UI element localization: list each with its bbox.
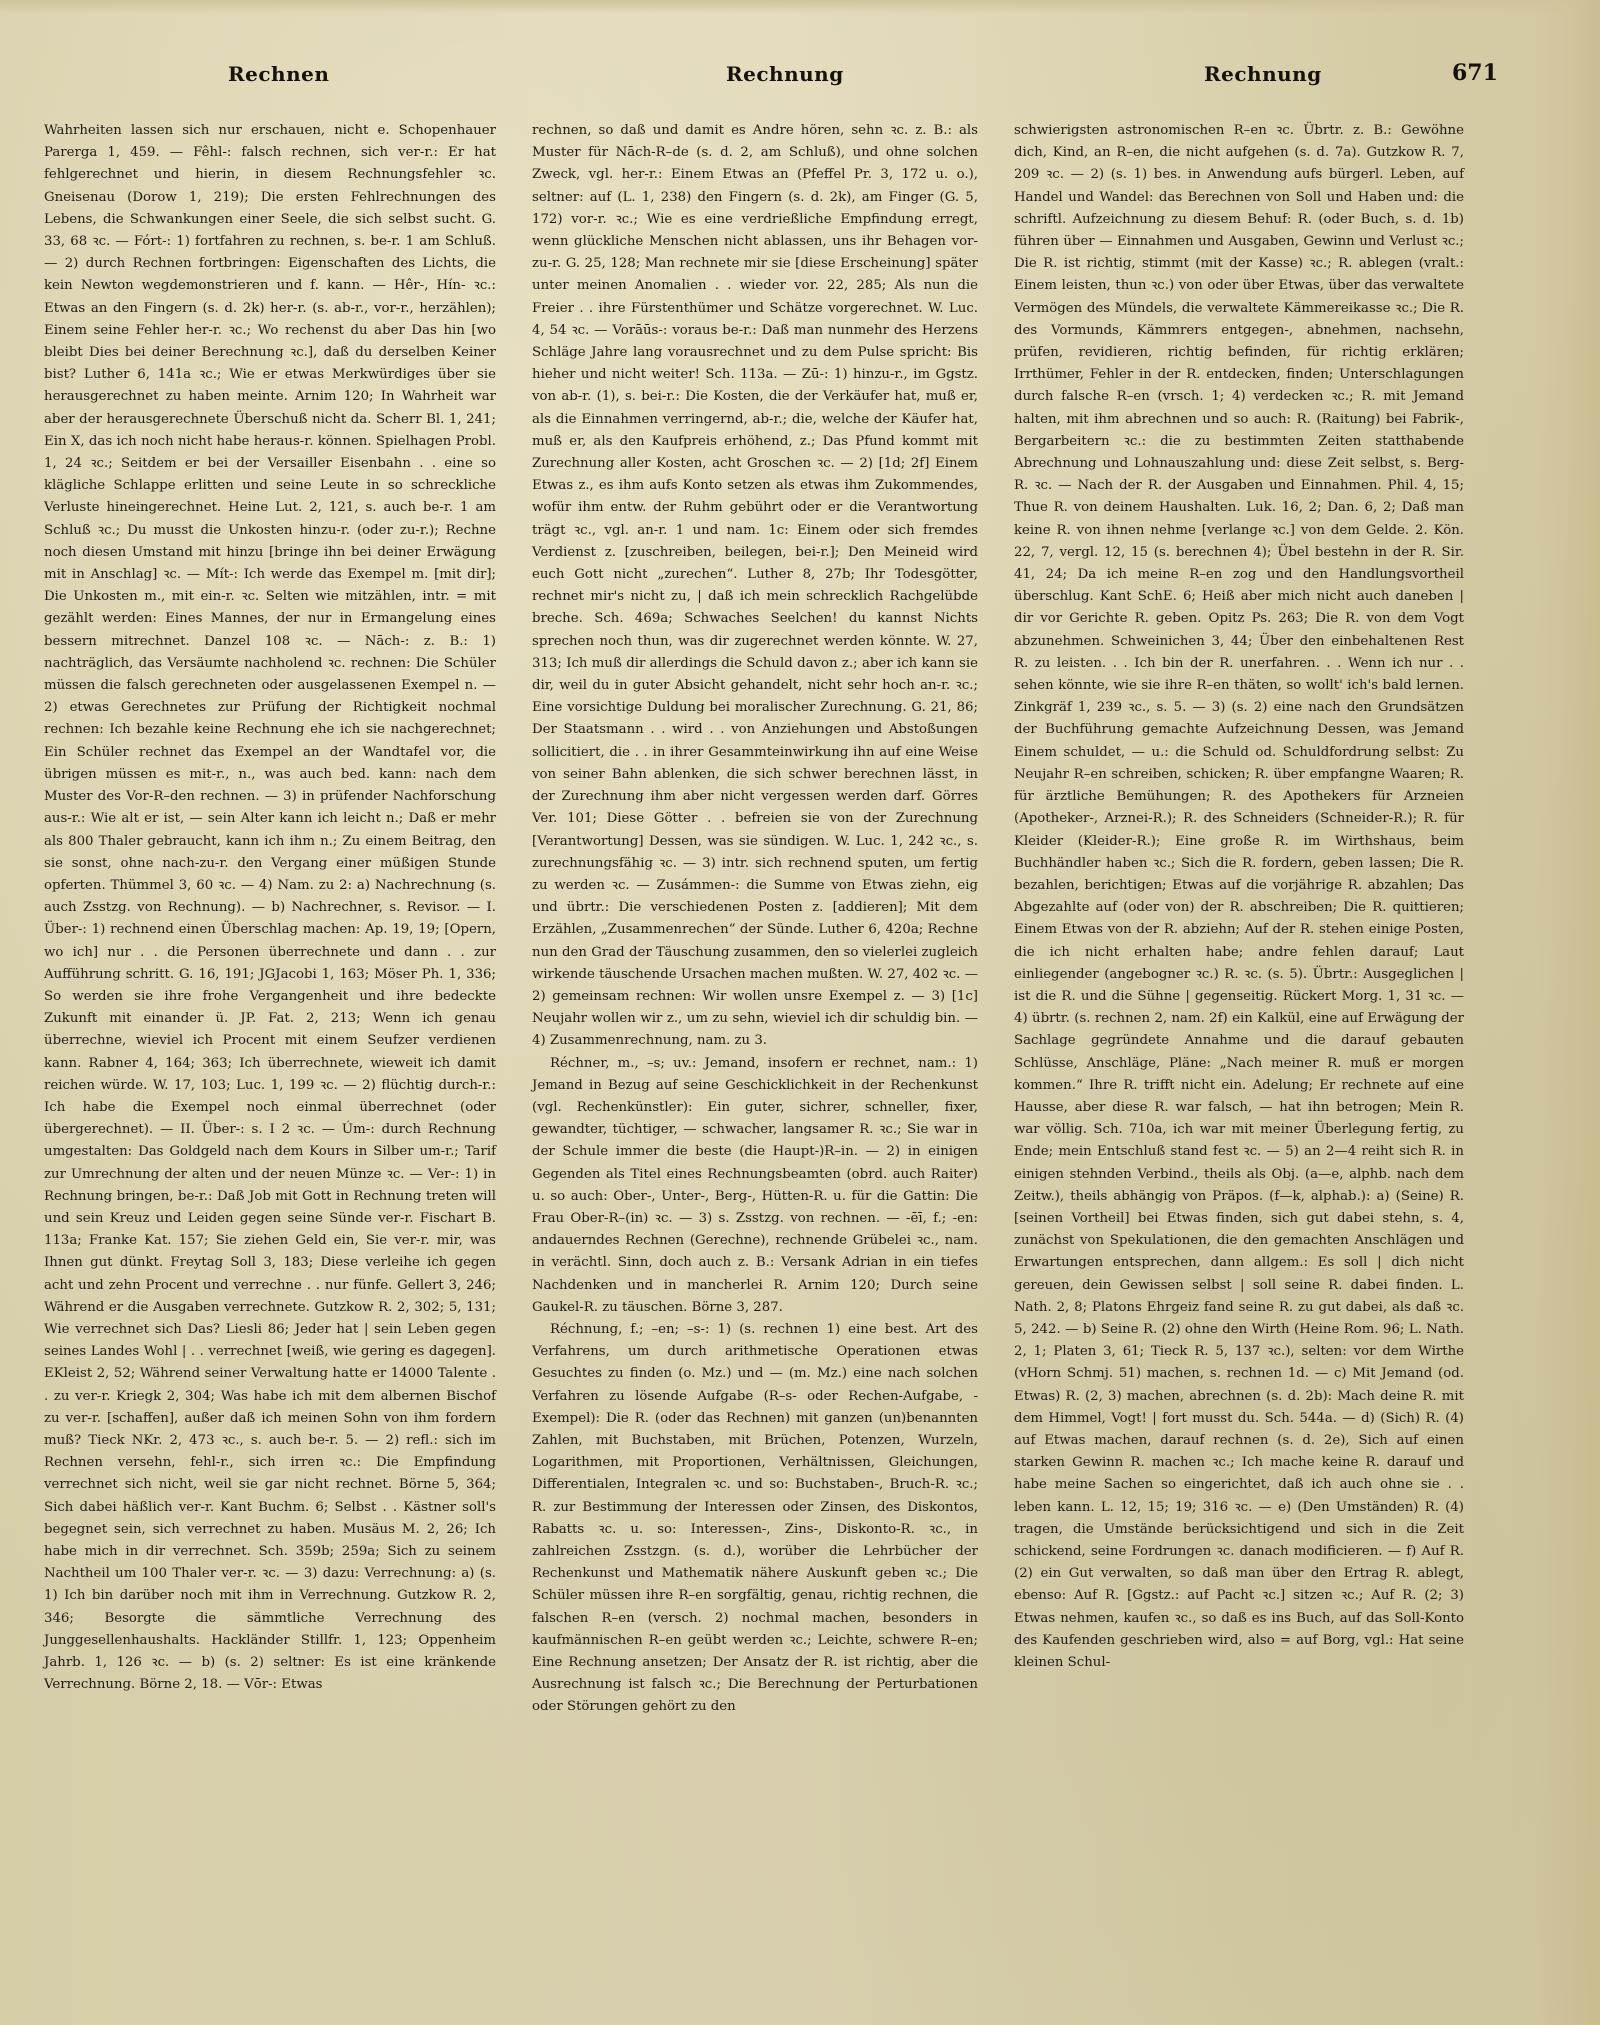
column-left: Wahrheiten lassen sich nur erschauen, ni… bbox=[44, 120, 496, 1696]
column-middle: rechnen, so daß und damit es Andre hören… bbox=[532, 120, 978, 1719]
page-edge-top bbox=[0, 0, 1600, 14]
entry-text: schwierigsten astronomischen R–en ꝛc. Üb… bbox=[1014, 120, 1464, 1674]
running-header: Rechnen Rechnung Rechnung 671 bbox=[0, 62, 1600, 96]
page-number: 671 bbox=[1452, 60, 1498, 86]
entry-rechnung: Réchnung, f.; –en; –s-: 1) (s. rechnen 1… bbox=[532, 1319, 978, 1719]
page-edge-right bbox=[1578, 0, 1600, 2025]
entry-text: Wahrheiten lassen sich nur erschauen, ni… bbox=[44, 120, 496, 1696]
entry-rechner: Réchner, m., –s; uv.: Jemand, insofern e… bbox=[532, 1053, 978, 1319]
right-headword: Rechnung bbox=[1204, 62, 1322, 86]
column-right: schwierigsten astronomischen R–en ꝛc. Üb… bbox=[1014, 120, 1464, 1674]
entry-text: rechnen, so daß und damit es Andre hören… bbox=[532, 120, 978, 1053]
center-headword: Rechnung bbox=[726, 62, 844, 86]
left-headword: Rechnen bbox=[228, 62, 329, 86]
dictionary-columns: Wahrheiten lassen sich nur erschauen, ni… bbox=[44, 120, 1494, 1890]
